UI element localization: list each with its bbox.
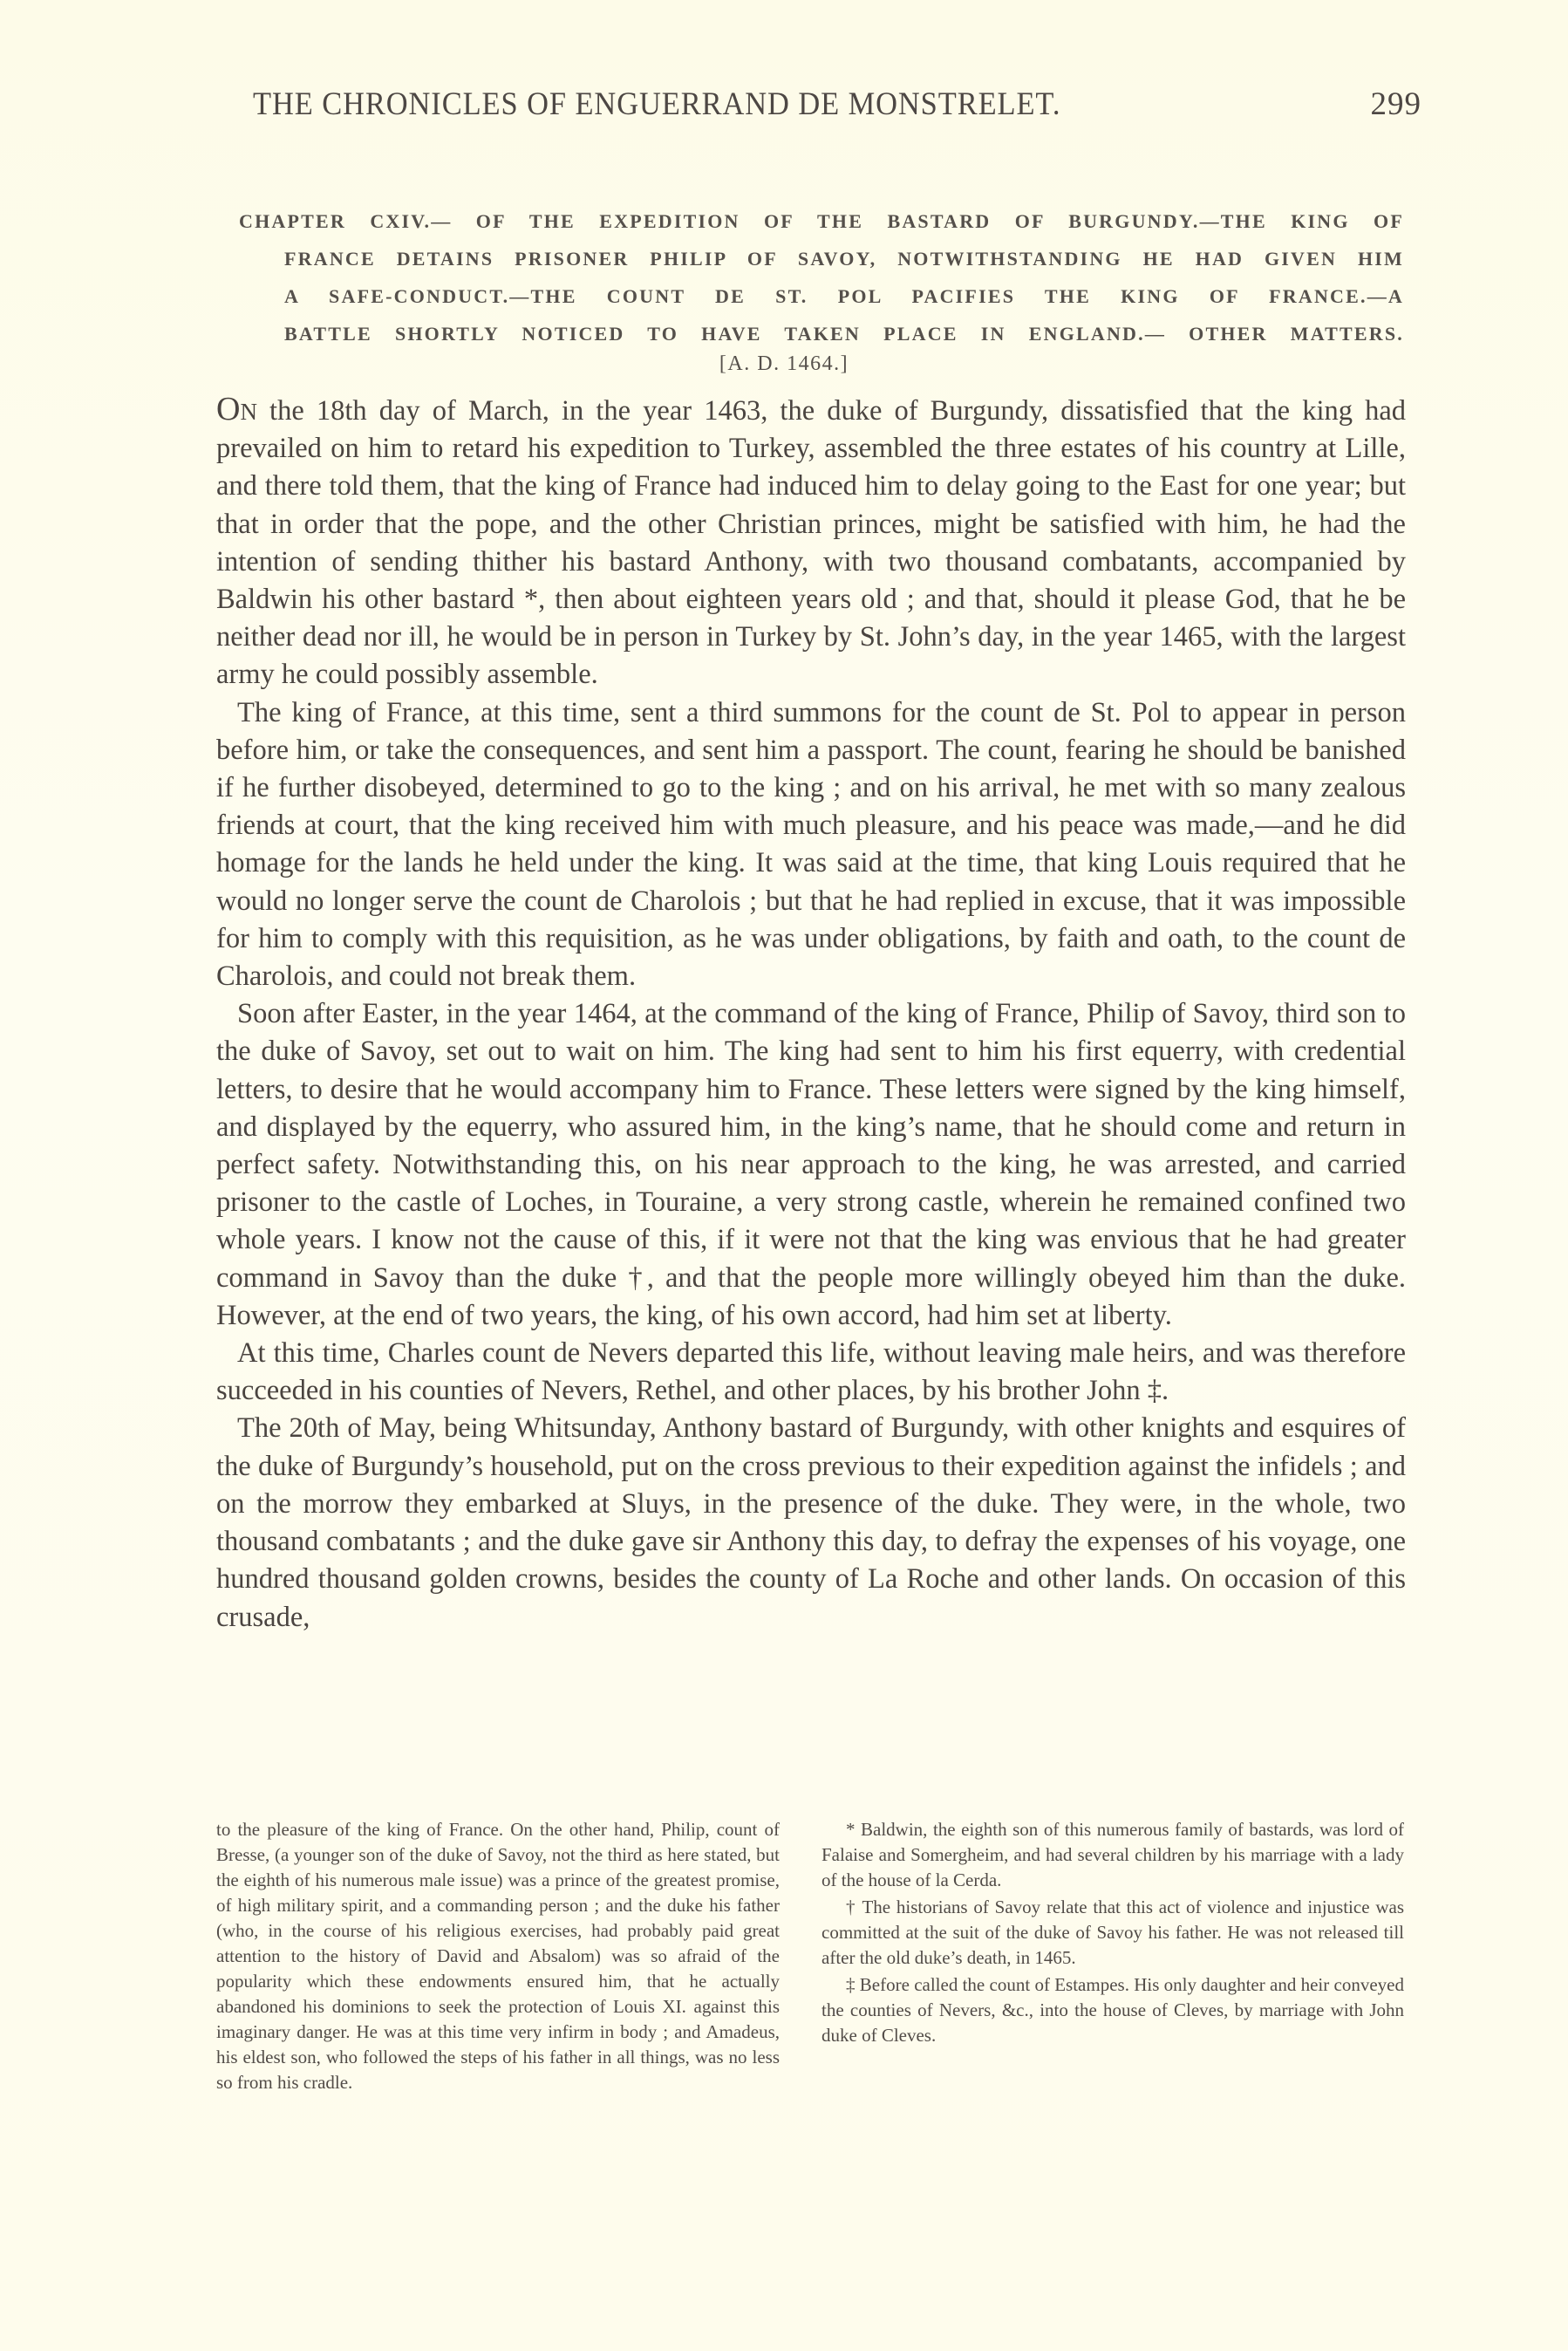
footnote-column-right: * Baldwin, the eighth son of this numero… — [821, 1817, 1404, 2048]
paragraph-text: the 18th day of March, in the year 1463,… — [216, 395, 1406, 690]
footnote-asterisk: * Baldwin, the eighth son of this numero… — [821, 1817, 1404, 1893]
chapter-heading-line: FRANCE DETAINS PRISONER PHILIP OF SAVOY,… — [239, 240, 1404, 277]
paragraph: Soon after Easter, in the year 1464, at … — [216, 995, 1406, 1335]
paragraph: On the 18th day of March, in the year 14… — [216, 391, 1406, 694]
chapter-heading-line: A SAFE-CONDUCT.—THE COUNT DE ST. POL PAC… — [239, 277, 1404, 315]
chapter-heading-line: BATTLE SHORTLY NOTICED TO HAVE TAKEN PLA… — [239, 315, 1404, 352]
body-text: On the 18th day of March, in the year 14… — [216, 391, 1406, 1637]
paragraph: At this time, Charles count de Nevers de… — [216, 1335, 1406, 1410]
chapter-heading: CHAPTER CXIV.— OF THE EXPEDITION OF THE … — [239, 202, 1404, 352]
chapter-heading-line: CHAPTER CXIV.— OF THE EXPEDITION OF THE … — [239, 202, 1404, 240]
footnote-column-left: to the pleasure of the king of France. O… — [216, 1817, 780, 2095]
page-number: 299 — [1371, 85, 1422, 123]
paragraph: The king of France, at this time, sent a… — [216, 694, 1406, 996]
footnote-dagger: † The historians of Savoy relate that th… — [821, 1895, 1404, 1971]
footnote-double-dagger: ‡ Before called the count of Estampes. H… — [821, 1972, 1404, 2048]
book-page: THE CHRONICLES OF ENGUERRAND DE MONSTREL… — [0, 0, 1568, 2351]
book-title: THE CHRONICLES OF ENGUERRAND DE MONSTREL… — [253, 85, 1060, 123]
chapter-date: [A. D. 1464.] — [0, 352, 1568, 376]
paragraph: The 20th of May, being Whitsunday, Antho… — [216, 1410, 1406, 1636]
running-head: THE CHRONICLES OF ENGUERRAND DE MONSTREL… — [253, 85, 1421, 129]
footnote-continued: to the pleasure of the king of France. O… — [216, 1817, 780, 2095]
opening-word: On — [216, 391, 257, 427]
